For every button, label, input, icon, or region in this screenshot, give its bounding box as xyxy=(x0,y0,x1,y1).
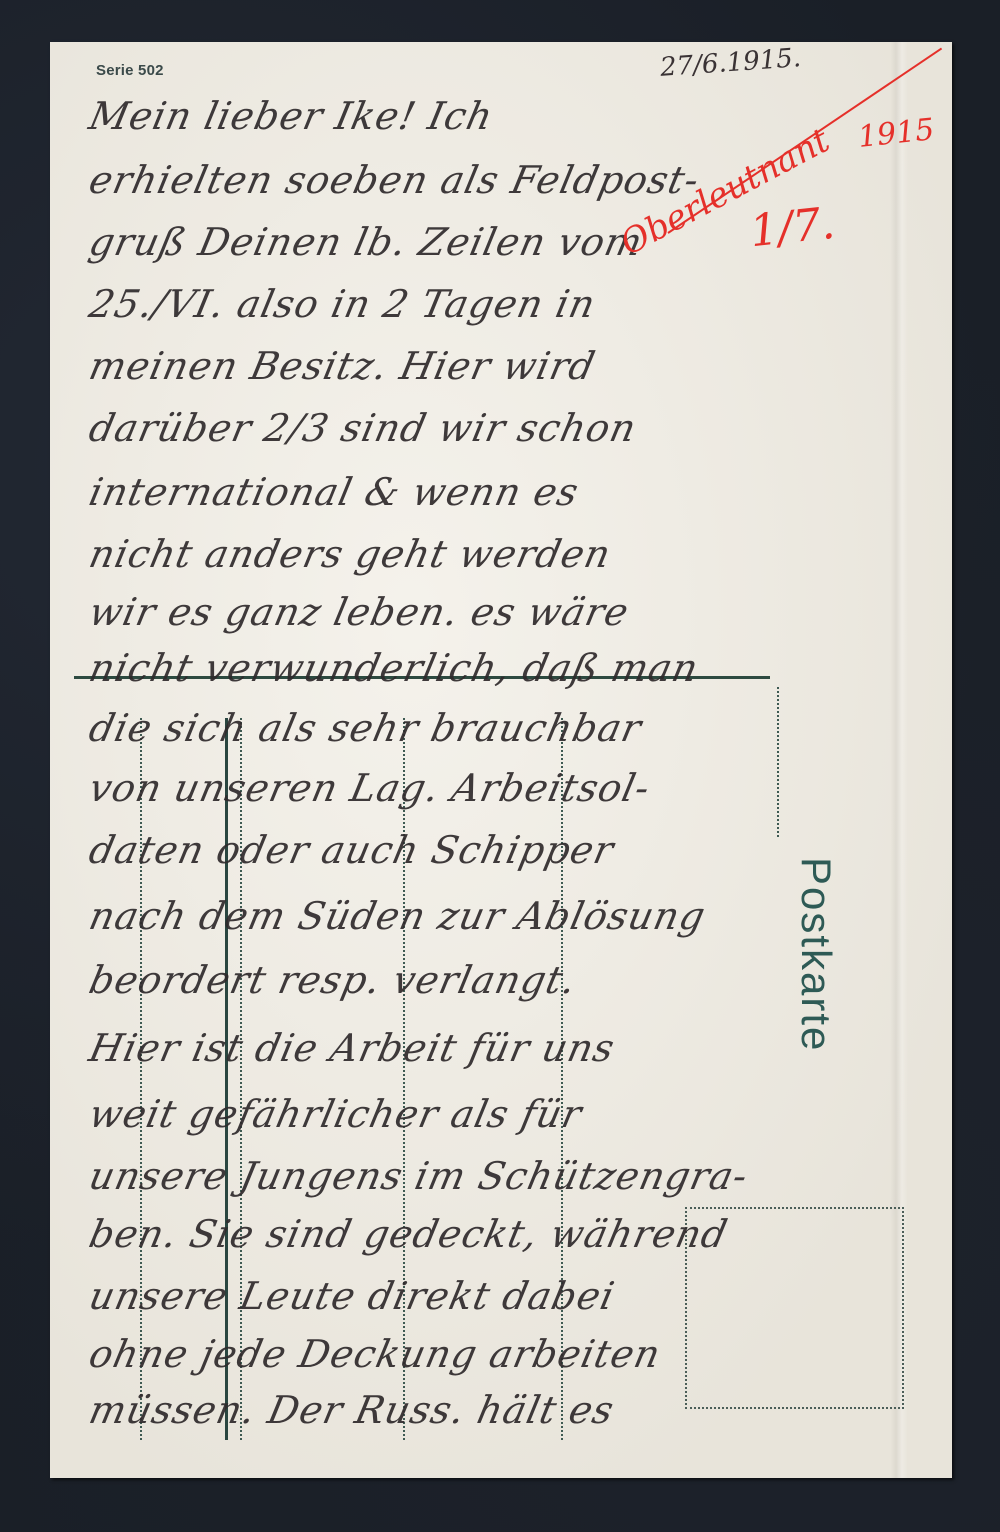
handwritten-line: unsere Leute direkt dabei xyxy=(85,1274,619,1318)
handwritten-line: weit gefährlicher als für xyxy=(85,1092,586,1136)
red-annotation-year: 1915 xyxy=(856,112,936,155)
handwritten-line: Mein lieber Ike! Ich xyxy=(85,94,497,138)
handwritten-line: international & wenn es xyxy=(85,470,583,514)
handwritten-line: müssen. Der Russ. hält es xyxy=(85,1388,618,1432)
dotted-column-line xyxy=(777,687,779,837)
handwritten-line: nach dem Süden zur Ablösung xyxy=(85,894,709,938)
postkarte-title: Postkarte xyxy=(792,857,840,1052)
handwritten-line: ben. Sie sind gedeckt, während xyxy=(85,1212,732,1256)
handwritten-line: nicht anders geht werden xyxy=(85,532,615,576)
handwritten-line: 25./VI. also in 2 Tagen in xyxy=(85,282,599,326)
handwritten-line: Hier ist die Arbeit für uns xyxy=(85,1026,619,1070)
handwritten-line: von unseren Lag. Arbeitsol- xyxy=(85,766,654,810)
postcard: Serie 502 27/6.1915. Postkarte Mein lieb… xyxy=(50,42,952,1478)
handwritten-line: ohne jede Deckung arbeiten xyxy=(85,1332,665,1376)
series-label: Serie 502 xyxy=(96,62,164,79)
handwritten-line: erhielten soeben als Feldpost- xyxy=(85,158,703,202)
handwritten-line: wir es ganz leben. es wäre xyxy=(85,590,633,634)
red-annotation-date: 1/7. xyxy=(748,198,838,258)
handwritten-line: nicht verwunderlich, daß man xyxy=(85,646,702,690)
handwritten-line: daten oder auch Schipper xyxy=(85,828,618,872)
handwritten-line: gruß Deinen lb. Zeilen vom xyxy=(85,220,647,264)
handwritten-line: beordert resp. verlangt. xyxy=(85,958,580,1002)
handwritten-line: darüber 2/3 sind wir schon xyxy=(85,406,640,450)
handwritten-date: 27/6.1915. xyxy=(659,43,802,83)
handwritten-line: meinen Besitz. Hier wird xyxy=(85,344,599,388)
handwritten-line: unsere Jungens im Schützengra- xyxy=(85,1154,752,1198)
handwritten-line: die sich als sehr brauchbar xyxy=(85,706,646,750)
